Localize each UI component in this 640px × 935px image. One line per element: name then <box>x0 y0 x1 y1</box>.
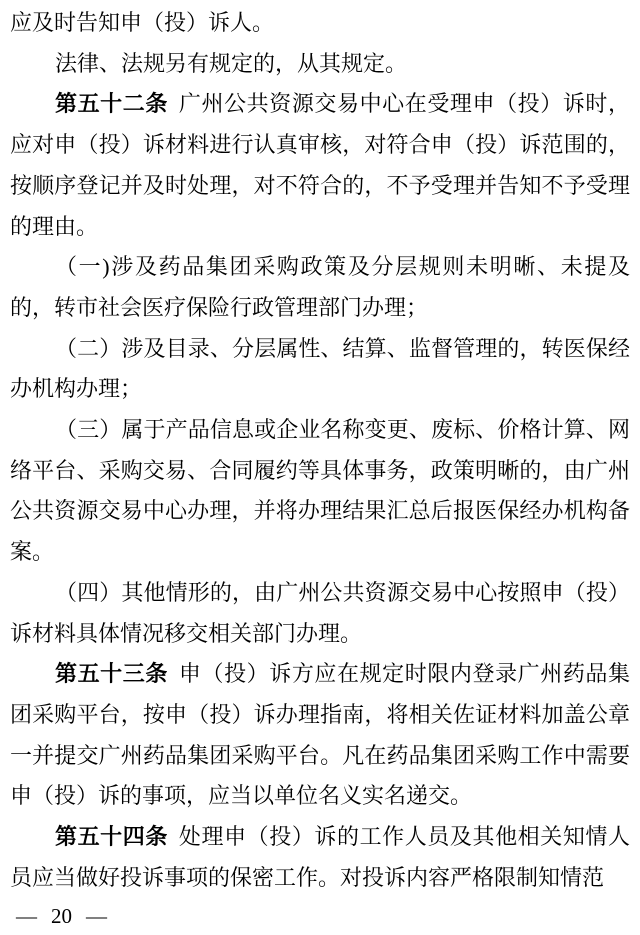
paragraph-text: （三）属于产品信息或企业名称变更、废标、价格计算、网络平台、采购交易、合同履约等… <box>10 417 630 564</box>
paragraph: （二）涉及目录、分层属性、结算、监督管理的，转医保经办机构办理； <box>10 329 630 410</box>
footer-right-dash: — <box>86 904 107 928</box>
document-body: 应及时告知申（投）诉人。法律、法规另有规定的，从其规定。第五十二条广州公共资源交… <box>10 3 630 898</box>
paragraph: （一)涉及药品集团采购政策及分层规则未明晰、未提及的，转市社会医疗保险行政管理部… <box>10 247 630 328</box>
paragraph-text: 应及时告知申（投）诉人。 <box>10 10 274 35</box>
page-footer: — 20 — <box>16 904 107 928</box>
paragraph-text: （二）涉及目录、分层属性、结算、监督管理的，转医保经办机构办理； <box>10 336 630 402</box>
article-paragraph: 第五十三条申（投）诉方应在规定时限内登录广州药品集团采购平台，按申（投）诉办理指… <box>10 654 630 817</box>
paragraph: 应及时告知申（投）诉人。 <box>10 3 630 44</box>
paragraph-text: 法律、法规另有规定的，从其规定。 <box>55 51 407 76</box>
page-number: 20 <box>51 904 72 928</box>
paragraph-text: （一)涉及药品集团采购政策及分层规则未明晰、未提及的，转市社会医疗保险行政管理部… <box>10 254 630 320</box>
article-number: 第五十二条 <box>55 91 168 116</box>
document-page: 应及时告知申（投）诉人。法律、法规另有规定的，从其规定。第五十二条广州公共资源交… <box>0 0 640 935</box>
footer-left-dash: — <box>16 904 37 928</box>
paragraph: （四）其他情形的，由广州公共资源交易中心按照申（投）诉材料具体情况移交相关部门办… <box>10 573 630 654</box>
article-paragraph: 第五十二条广州公共资源交易中心在受理申（投）诉时，应对申（投）诉材料进行认真审核… <box>10 84 630 247</box>
paragraph: 法律、法规另有规定的，从其规定。 <box>10 44 630 85</box>
article-number: 第五十三条 <box>55 661 168 686</box>
article-number: 第五十四条 <box>55 824 168 849</box>
article-paragraph: 第五十四条处理申（投）诉的工作人员及其他相关知情人员应当做好投诉事项的保密工作。… <box>10 817 630 898</box>
paragraph: （三）属于产品信息或企业名称变更、废标、价格计算、网络平台、采购交易、合同履约等… <box>10 410 630 573</box>
paragraph-text: （四）其他情形的，由广州公共资源交易中心按照申（投）诉材料具体情况移交相关部门办… <box>10 580 630 646</box>
